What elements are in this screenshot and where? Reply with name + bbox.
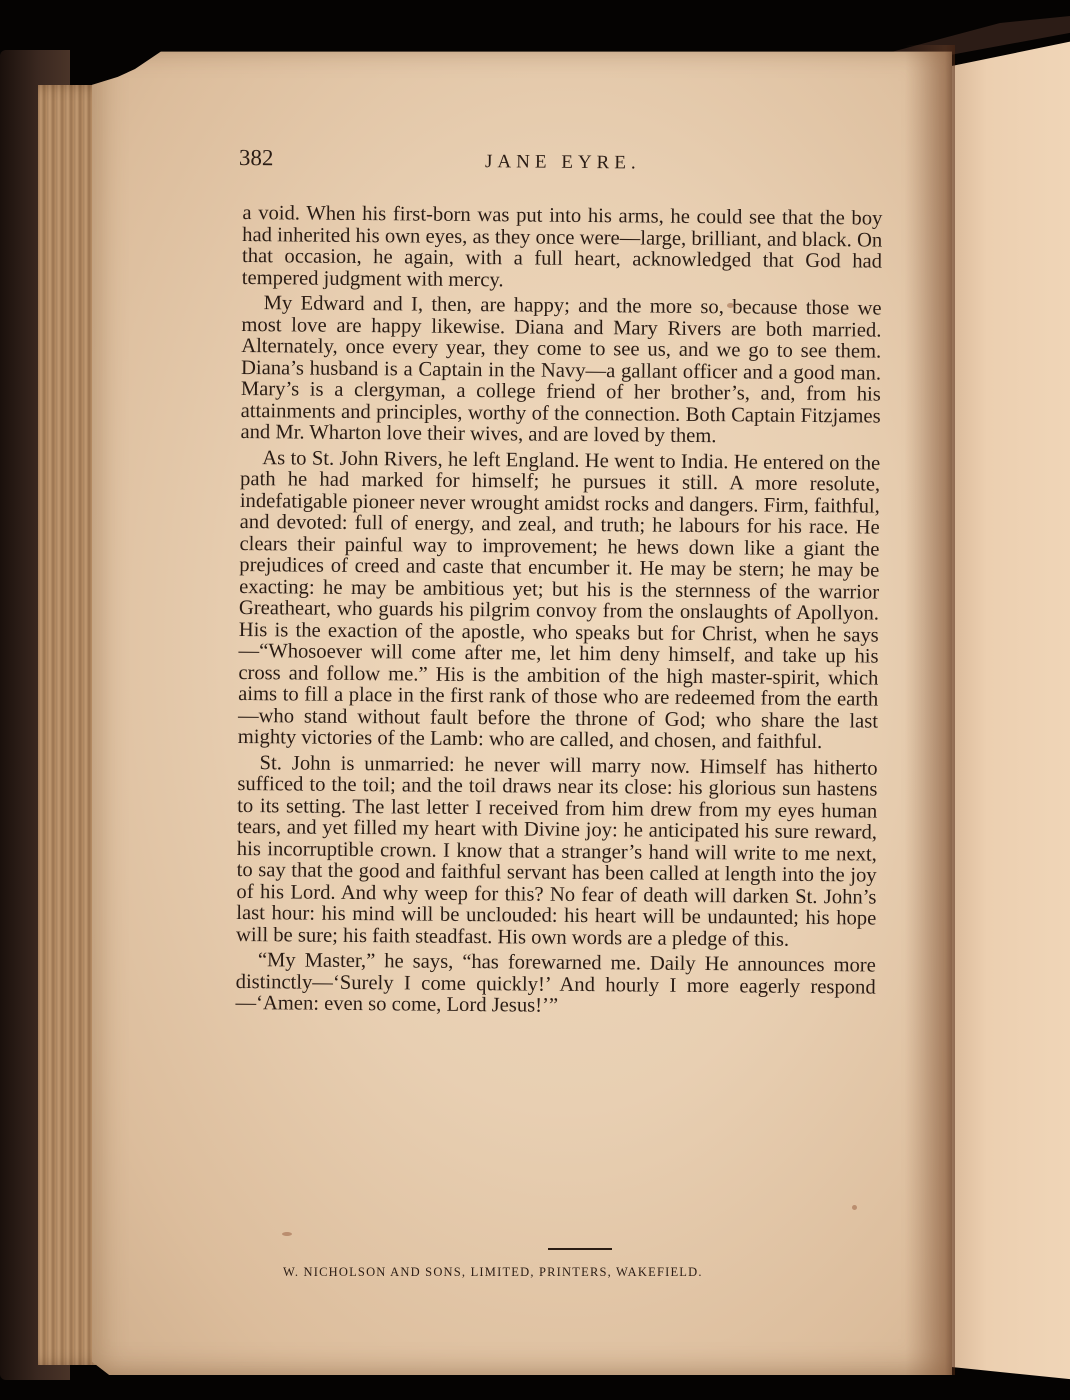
paragraph: “My Master,” he says, “has forewarned me… <box>235 950 876 1020</box>
paragraph: As to St. John Rivers, he left England. … <box>238 447 881 754</box>
page-header: 382 JANE EYRE. <box>243 145 883 191</box>
page-content: 382 JANE EYRE. a void. When his first-bo… <box>235 145 883 1020</box>
paper-stain <box>282 1232 292 1236</box>
gutter-shadow <box>905 45 955 1375</box>
paragraph: My Edward and I, then, are happy; and th… <box>240 293 881 449</box>
paragraph: a void. When his first-born was put into… <box>242 203 883 295</box>
printer-imprint: W. NICHOLSON AND SONS, LIMITED, PRINTERS… <box>283 1265 803 1280</box>
paper-stain <box>852 1205 857 1210</box>
running-title: JANE EYRE. <box>243 149 883 177</box>
facing-page <box>948 40 1070 1380</box>
paragraph: St. John is unmarried: he never will mar… <box>236 752 878 951</box>
imprint-rule <box>548 1248 612 1250</box>
